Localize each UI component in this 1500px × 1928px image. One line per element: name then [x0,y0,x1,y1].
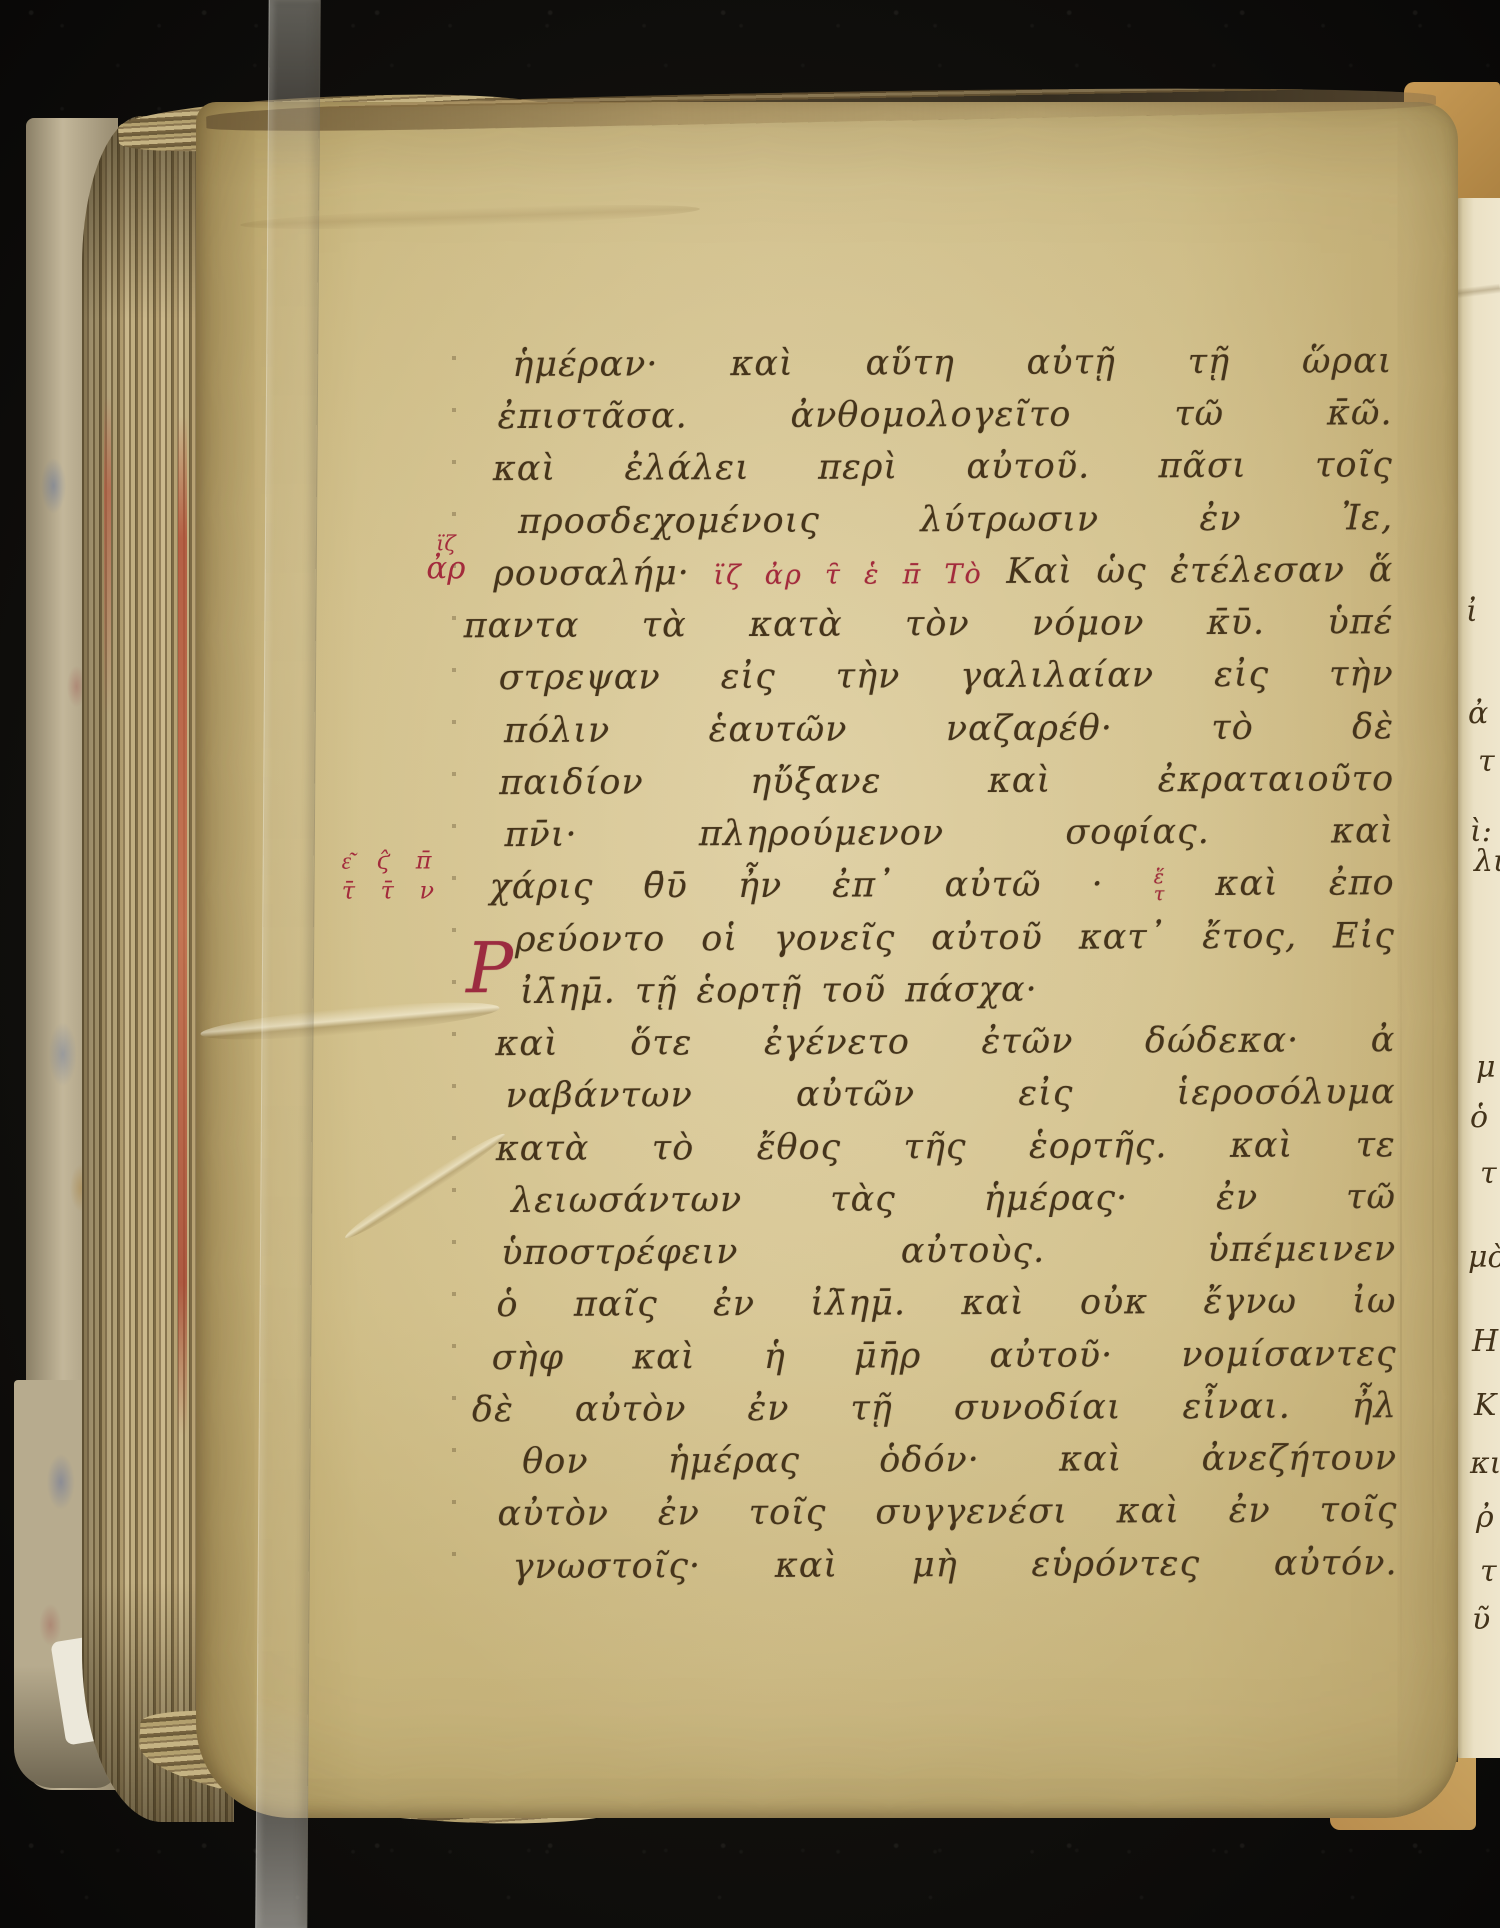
red-lection-rubric: ϊζ ἀρ τ̑ ἑ π̄ Τὸ [713,559,982,591]
text-line: προσδεχομένοις λύτρωσιν ἐν Ἰε, [518,494,1393,550]
text-line: γνωστοῖς· καὶ μὴ εὑρόντες αὐτόν. [513,1539,1398,1595]
text-line: ἰλ̄ημ̄. τῇ ἑορτῇ τοῦ πάσχα· [520,965,1250,1020]
text-line: καὶ ἐλάλει περὶ αὐτοῦ. πᾶσι τοῖς [493,441,1393,497]
text-line: θον ἡμέρας ὁδόν· καὶ ἀνεζήτουν [522,1434,1397,1490]
text-line: ἡμέραν· καὶ αὕτη αὐτῇ τῇ ὥραι [512,337,1392,393]
red-telos-mark: ἕ τ [1154,869,1166,903]
text-line: παιδίον ηὔξανε καὶ ἐκραταιοῦτο [499,755,1394,811]
text-line-with-telos: χάρις θ̄ῡ ἦν ἐπ᾽ αὐτῶ · ἕ τ καὶ ἐπο [490,859,1395,915]
text-line: πν̄ι· πληρούμενον σοφίας. καὶ [504,807,1394,863]
text-line: ὁ παῖς ἐν ἰλ̄ημ̄. καὶ οὐκ ἔγνω ἰω [496,1277,1396,1333]
red-marginal-cluster: ε͂ ϛ̂ π̄ τ̄ τ̄ ν [341,845,443,905]
manuscript-photo: ἰ ἀ τ ὶ: λι μ ὁ τ μὸ Η Κ κι ῤ τ ῦ ἡμέραν… [0,0,1500,1928]
text-line: πόλιν ἑαυτῶν ναζαρέθ· τὸ δὲ [504,703,1394,759]
text-line: καὶ ὅτε ἐγένετο ἐτῶν δώδεκα· ἀ [495,1016,1395,1072]
text-line: ἐπιστᾶσα. ἀνθομολογεῖτο τῶ κ̄ῶ. [498,389,1393,445]
text-line-with-rubric: ρουσαλήμ· ϊζ ἀρ τ̑ ἑ π̄ Τὸ Καὶ ὡς ἐτέλεσ… [493,546,1393,602]
red-initial-letter: Ρ [466,933,513,1003]
text-line: κατὰ τὸ ἔθος τῆς ἑορτῆς. καὶ τε [496,1121,1396,1177]
text-line: στρεψαν εἰς τὴν γαλιλαίαν εἰς τὴν [499,650,1394,706]
text-line: ὑποστρέφειν αὐτοὺς. ὑπέμεινεν [501,1225,1396,1281]
text-line: λειωσάντων τὰς ἡμέρας· ἐν τῶ [511,1173,1396,1229]
text-line: σὴφ καὶ ἡ μ̄η̄ρ αὐτοῦ· νομίσαντες [492,1330,1397,1386]
text-line: ρεύοντο οἱ γονεῖς αὐτοῦ κατ᾽ ἔτος, Εἰς [515,912,1395,968]
red-marginal-lection-note: ϊζ ἀρ [426,533,465,583]
text-line: αὐτὸν ἐν τοῖς συγγενέσι καὶ ἐν τοῖς [497,1486,1397,1542]
text-line: ναβάντων αὐτῶν εἰς ἱεροσόλυμα [505,1068,1395,1124]
greek-text-block: ἡμέραν· καὶ αὕτη αὐτῇ τῇ ὥραι ἐπιστᾶσα. … [0,0,1500,1928]
text-line: παντα τὰ κατὰ τὸν νόμον κ̄ῡ. ὑπέ [463,598,1393,654]
text-line: δὲ αὐτὸν ἐν τῇ συνοδίαι εἶναι. ἦλ [472,1382,1397,1438]
